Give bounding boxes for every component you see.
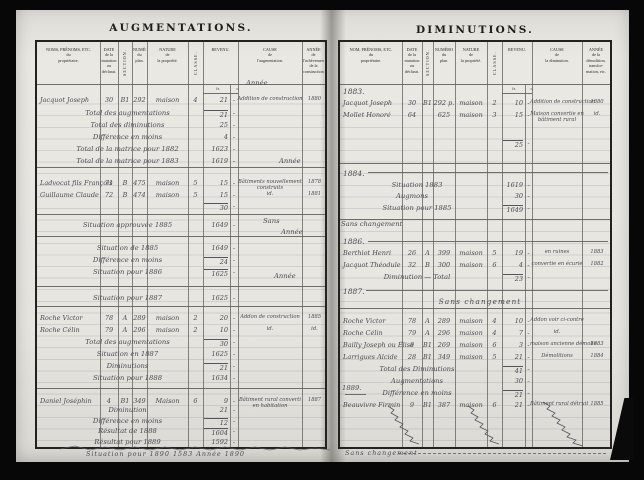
cell-date: 78 bbox=[402, 318, 422, 325]
diminutions-page: DIMINUTIONS. NOM, PRÉNOMS, ETC. du propr… bbox=[0, 0, 644, 480]
cell-date: 64 bbox=[402, 112, 422, 119]
cell-nat: maison bbox=[455, 100, 487, 107]
scan-edge-left bbox=[0, 0, 16, 480]
cell-plan: 269 bbox=[433, 342, 455, 349]
cell-cl: 4 bbox=[487, 330, 502, 337]
header-cell-5: CLASSE. bbox=[488, 46, 501, 80]
cell-cent: - bbox=[526, 193, 531, 200]
cell-nat: maison bbox=[455, 112, 487, 119]
year-label: 1883. bbox=[343, 88, 403, 96]
cell-cl: 6 bbox=[487, 402, 502, 409]
cell-plan: 387 bbox=[433, 402, 455, 409]
cell-nat: maison bbox=[455, 262, 487, 269]
header-cell-0: NOM, PRÉNOMS, ETC. du propriétaire. bbox=[341, 47, 401, 83]
cell-cause: id. bbox=[530, 330, 584, 335]
cell-label: Total des Diminutions bbox=[352, 366, 482, 373]
cell-label: Différence en moins bbox=[352, 390, 482, 397]
cell-date: 28 bbox=[402, 354, 422, 361]
divider-rule bbox=[340, 163, 610, 164]
cell-sec: A bbox=[422, 318, 433, 325]
header-cell-2: SECTION. bbox=[423, 46, 432, 80]
header-cell-3: NUMÉRO du plan. bbox=[434, 47, 454, 83]
year-label: 1884. bbox=[343, 170, 403, 178]
cell-plan: 625 bbox=[433, 112, 455, 119]
cell-rev: 23 bbox=[503, 274, 523, 283]
cell-cause: Addition de construction bbox=[530, 100, 584, 105]
cell-rev: 30 bbox=[503, 193, 523, 200]
cell-date: 26 bbox=[402, 250, 422, 257]
cell-rev: 4 bbox=[503, 262, 523, 269]
cell-cause: Démolitions bbox=[530, 354, 584, 359]
cell-date: 32 bbox=[402, 262, 422, 269]
header-cell-1: DATE de la mutation ou déclarat. bbox=[403, 47, 421, 83]
footer-rule bbox=[398, 453, 606, 454]
cell-cl: 3 bbox=[487, 112, 502, 119]
margin-note: 1889. bbox=[342, 384, 361, 392]
cell-plan: 349 bbox=[433, 354, 455, 361]
cell-rev: 15 bbox=[503, 112, 523, 119]
cell-date: 8 bbox=[402, 342, 422, 349]
cell-cl: 2 bbox=[487, 100, 502, 107]
cell-rev: 7 bbox=[503, 330, 523, 337]
cell-plan: 300 bbox=[433, 262, 455, 269]
cell-sec: B1 bbox=[422, 354, 433, 361]
cell-label: Diminution — Total bbox=[352, 274, 482, 281]
cell-nat: maison bbox=[455, 354, 487, 361]
cell-an: 1882 bbox=[582, 262, 612, 267]
revenu-unit-label: fr. bbox=[508, 86, 520, 91]
cell-rev: 1649 bbox=[503, 205, 523, 214]
cell-rev: 30 bbox=[503, 378, 523, 385]
cell-cent: - bbox=[526, 274, 531, 281]
cell-rev: 21 bbox=[503, 390, 523, 399]
cell-rev: 21 bbox=[503, 402, 523, 409]
cell-rev-total: 25 bbox=[503, 140, 523, 149]
cell-an: id. bbox=[582, 112, 612, 117]
cell-cause: Bâtiment rural détruit bbox=[530, 402, 584, 407]
cell-nat: maison bbox=[455, 402, 487, 409]
cell-label: Augmons bbox=[396, 193, 466, 200]
cell-sec: B bbox=[422, 262, 433, 269]
cell-label: Augmentations bbox=[352, 378, 482, 385]
cell-cl: 5 bbox=[487, 354, 502, 361]
cell-rev: 19 bbox=[503, 250, 523, 257]
cell-cent: - bbox=[526, 205, 531, 212]
header-cell-4: NATURE de la propriété. bbox=[456, 47, 486, 83]
header-rule bbox=[340, 84, 610, 85]
header-cell-7: CAUSE de la diminution. bbox=[533, 47, 581, 83]
cell-date: 30 bbox=[402, 100, 422, 107]
cell-rev: 10 bbox=[503, 318, 523, 325]
change-note: Sans changement bbox=[400, 298, 560, 306]
cell-nat: maison bbox=[455, 342, 487, 349]
year-label: 1887. bbox=[343, 288, 403, 296]
cell-an: 1884 bbox=[582, 354, 612, 359]
cell-an: 1880 bbox=[582, 100, 612, 105]
cell-plan: 289 bbox=[433, 318, 455, 325]
cell-date: 9 bbox=[402, 402, 422, 409]
cell-cause: en ruines bbox=[530, 250, 584, 255]
cell-sec: B1 bbox=[422, 402, 433, 409]
page-title-diminutions: DIMINUTIONS. bbox=[340, 24, 610, 36]
scanned-register-spread: AUGMENTATIONS. NOMS, PRÉNOMS, ETC. du pr… bbox=[0, 0, 644, 480]
cell-plan: 292 p. bbox=[433, 100, 455, 107]
cell-sec: B1 bbox=[422, 100, 433, 107]
scan-edge-top bbox=[0, 0, 644, 10]
divider-rule bbox=[340, 308, 610, 309]
cell-sec: A bbox=[422, 250, 433, 257]
cell-cl: 6 bbox=[487, 262, 502, 269]
cell-cent: - bbox=[526, 366, 531, 373]
cell-label: Situation pour 1885 bbox=[352, 205, 482, 212]
cell-nat: maison bbox=[455, 318, 487, 325]
cell-cl: 6 bbox=[487, 342, 502, 349]
cell-sec: B1 bbox=[422, 342, 433, 349]
cell-cause: Addon voir ci-contre bbox=[530, 318, 584, 323]
header-cell-6: REVENU. bbox=[503, 47, 531, 83]
cell-cause2: bâtiment rural bbox=[530, 118, 584, 123]
header-cell-8: ANNÉE de la démolition, transfor- mation… bbox=[583, 47, 609, 83]
revenu-unit-rule bbox=[502, 93, 532, 94]
cell-nat: maison bbox=[455, 250, 487, 257]
cell-plan: 399 bbox=[433, 250, 455, 257]
cell-rev: 41 bbox=[503, 366, 523, 375]
cell-an: 1885 bbox=[582, 402, 612, 407]
cell-rev: 1619 bbox=[503, 182, 523, 189]
revenu-unit-label: c. bbox=[526, 86, 538, 91]
cell-an: 1883 bbox=[582, 250, 612, 255]
divider-rule bbox=[368, 172, 608, 173]
divider-rule bbox=[368, 241, 608, 242]
scan-edge-bottom bbox=[0, 462, 644, 480]
cell-cl: 5 bbox=[487, 250, 502, 257]
cell-cent: - bbox=[526, 140, 531, 147]
cell-cent: - bbox=[526, 390, 531, 397]
cell-rev: 3 bbox=[503, 342, 523, 349]
cell-cause: maison ancienne démolie bbox=[530, 342, 584, 347]
cell-label: Situation 1883 bbox=[352, 182, 482, 189]
cell-nat: maison bbox=[455, 330, 487, 337]
cell-an: 1883 bbox=[582, 342, 612, 347]
year-label: 1886. bbox=[343, 238, 403, 246]
cell-cause: convertie en écurie bbox=[530, 262, 584, 267]
cell-cent: - bbox=[526, 378, 531, 385]
cell-cent: - bbox=[526, 182, 531, 189]
cell-plan: 296 bbox=[433, 330, 455, 337]
cell-rev: 21 bbox=[503, 354, 523, 361]
cell-sec: A bbox=[422, 330, 433, 337]
margin-note: Sans changement bbox=[341, 220, 402, 228]
cell-cl: 4 bbox=[487, 318, 502, 325]
cell-date: 79 bbox=[402, 330, 422, 337]
cell-rev: 10 bbox=[503, 100, 523, 107]
